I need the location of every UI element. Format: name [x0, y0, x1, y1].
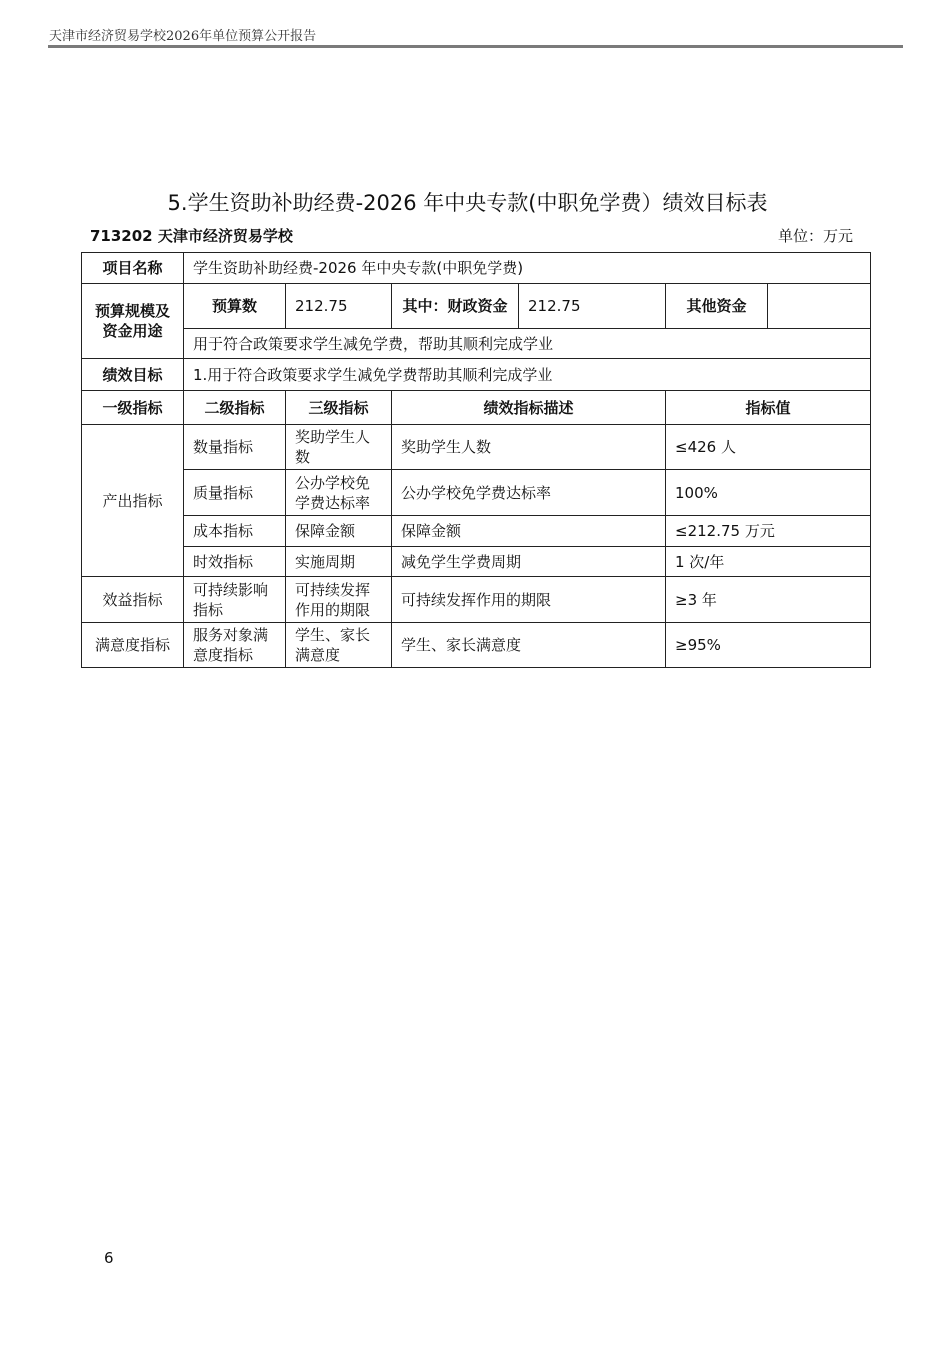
organization-code-name: 713202 天津市经济贸易学校 — [90, 225, 293, 246]
description-cell: 保障金额 — [392, 516, 666, 547]
level3-cell: 奖助学生人数 — [286, 425, 392, 470]
goal-row: 绩效目标 1.用于符合政策要求学生减免学费帮助其顺利完成学业 — [82, 359, 871, 391]
description-cell: 减免学生学费周期 — [392, 547, 666, 577]
table-row: 产出指标 数量指标 奖助学生人数 奖助学生人数 ≤426 人 — [82, 425, 871, 470]
budget-amount-value: 212.75 — [286, 284, 392, 329]
value-cell: ≤426 人 — [666, 425, 871, 470]
level1-benefit: 效益指标 — [82, 577, 184, 623]
goal-label: 绩效目标 — [82, 359, 184, 391]
table-row: 时效指标 实施周期 减免学生学费周期 1 次/年 — [82, 547, 871, 577]
col-header-value: 指标值 — [666, 391, 871, 425]
unit-label: 单位：万元 — [778, 225, 853, 246]
level3-cell: 学生、家长满意度 — [286, 623, 392, 668]
level1-satisfaction: 满意度指标 — [82, 623, 184, 668]
level2-cell: 成本指标 — [184, 516, 286, 547]
funds-usage-row: 用于符合政策要求学生减免学费，帮助其顺利完成学业 — [82, 329, 871, 359]
fiscal-funds-label: 其中：财政资金 — [392, 284, 519, 329]
project-name-value: 学生资助补助经费-2026 年中央专款(中职免学费) — [184, 253, 871, 284]
col-header-level3: 三级指标 — [286, 391, 392, 425]
description-cell: 可持续发挥作用的期限 — [392, 577, 666, 623]
level3-cell: 公办学校免学费达标率 — [286, 470, 392, 516]
other-funds-value — [768, 284, 871, 329]
page-title: 5.学生资助补助经费-2026 年中央专款(中职免学费）绩效目标表 — [0, 187, 935, 217]
value-cell: 1 次/年 — [666, 547, 871, 577]
table-row: 效益指标 可持续影响指标 可持续发挥作用的期限 可持续发挥作用的期限 ≥3 年 — [82, 577, 871, 623]
level2-cell: 可持续影响指标 — [184, 577, 286, 623]
level2-cell: 时效指标 — [184, 547, 286, 577]
value-cell: 100% — [666, 470, 871, 516]
description-cell: 公办学校免学费达标率 — [392, 470, 666, 516]
col-header-level2: 二级指标 — [184, 391, 286, 425]
goal-value: 1.用于符合政策要求学生减免学费帮助其顺利完成学业 — [184, 359, 871, 391]
fiscal-funds-value: 212.75 — [519, 284, 666, 329]
level1-output: 产出指标 — [82, 425, 184, 577]
level2-cell: 质量指标 — [184, 470, 286, 516]
value-cell: ≥3 年 — [666, 577, 871, 623]
header-rule — [48, 45, 903, 48]
level2-cell: 数量指标 — [184, 425, 286, 470]
project-name-label: 项目名称 — [82, 253, 184, 284]
level3-cell: 实施周期 — [286, 547, 392, 577]
budget-amount-label: 预算数 — [184, 284, 286, 329]
budget-scale-label: 预算规模及资金用途 — [82, 284, 184, 359]
performance-goal-table: 项目名称 学生资助补助经费-2026 年中央专款(中职免学费) 预算规模及资金用… — [81, 252, 871, 668]
table-row: 成本指标 保障金额 保障金额 ≤212.75 万元 — [82, 516, 871, 547]
table-row: 质量指标 公办学校免学费达标率 公办学校免学费达标率 100% — [82, 470, 871, 516]
col-header-description: 绩效指标描述 — [392, 391, 666, 425]
page-number: 6 — [104, 1249, 114, 1267]
col-header-level1: 一级指标 — [82, 391, 184, 425]
level2-cell: 服务对象满意度指标 — [184, 623, 286, 668]
description-cell: 学生、家长满意度 — [392, 623, 666, 668]
running-header: 天津市经济贸易学校2026年单位预算公开报告 — [49, 25, 316, 44]
other-funds-label: 其他资金 — [666, 284, 768, 329]
indicator-header-row: 一级指标 二级指标 三级指标 绩效指标描述 指标值 — [82, 391, 871, 425]
value-cell: ≥95% — [666, 623, 871, 668]
table-row: 满意度指标 服务对象满意度指标 学生、家长满意度 学生、家长满意度 ≥95% — [82, 623, 871, 668]
funds-usage-value: 用于符合政策要求学生减免学费，帮助其顺利完成学业 — [184, 329, 871, 359]
level3-cell: 可持续发挥作用的期限 — [286, 577, 392, 623]
level3-cell: 保障金额 — [286, 516, 392, 547]
project-name-row: 项目名称 学生资助补助经费-2026 年中央专款(中职免学费) — [82, 253, 871, 284]
budget-row: 预算规模及资金用途 预算数 212.75 其中：财政资金 212.75 其他资金 — [82, 284, 871, 329]
description-cell: 奖助学生人数 — [392, 425, 666, 470]
value-cell: ≤212.75 万元 — [666, 516, 871, 547]
